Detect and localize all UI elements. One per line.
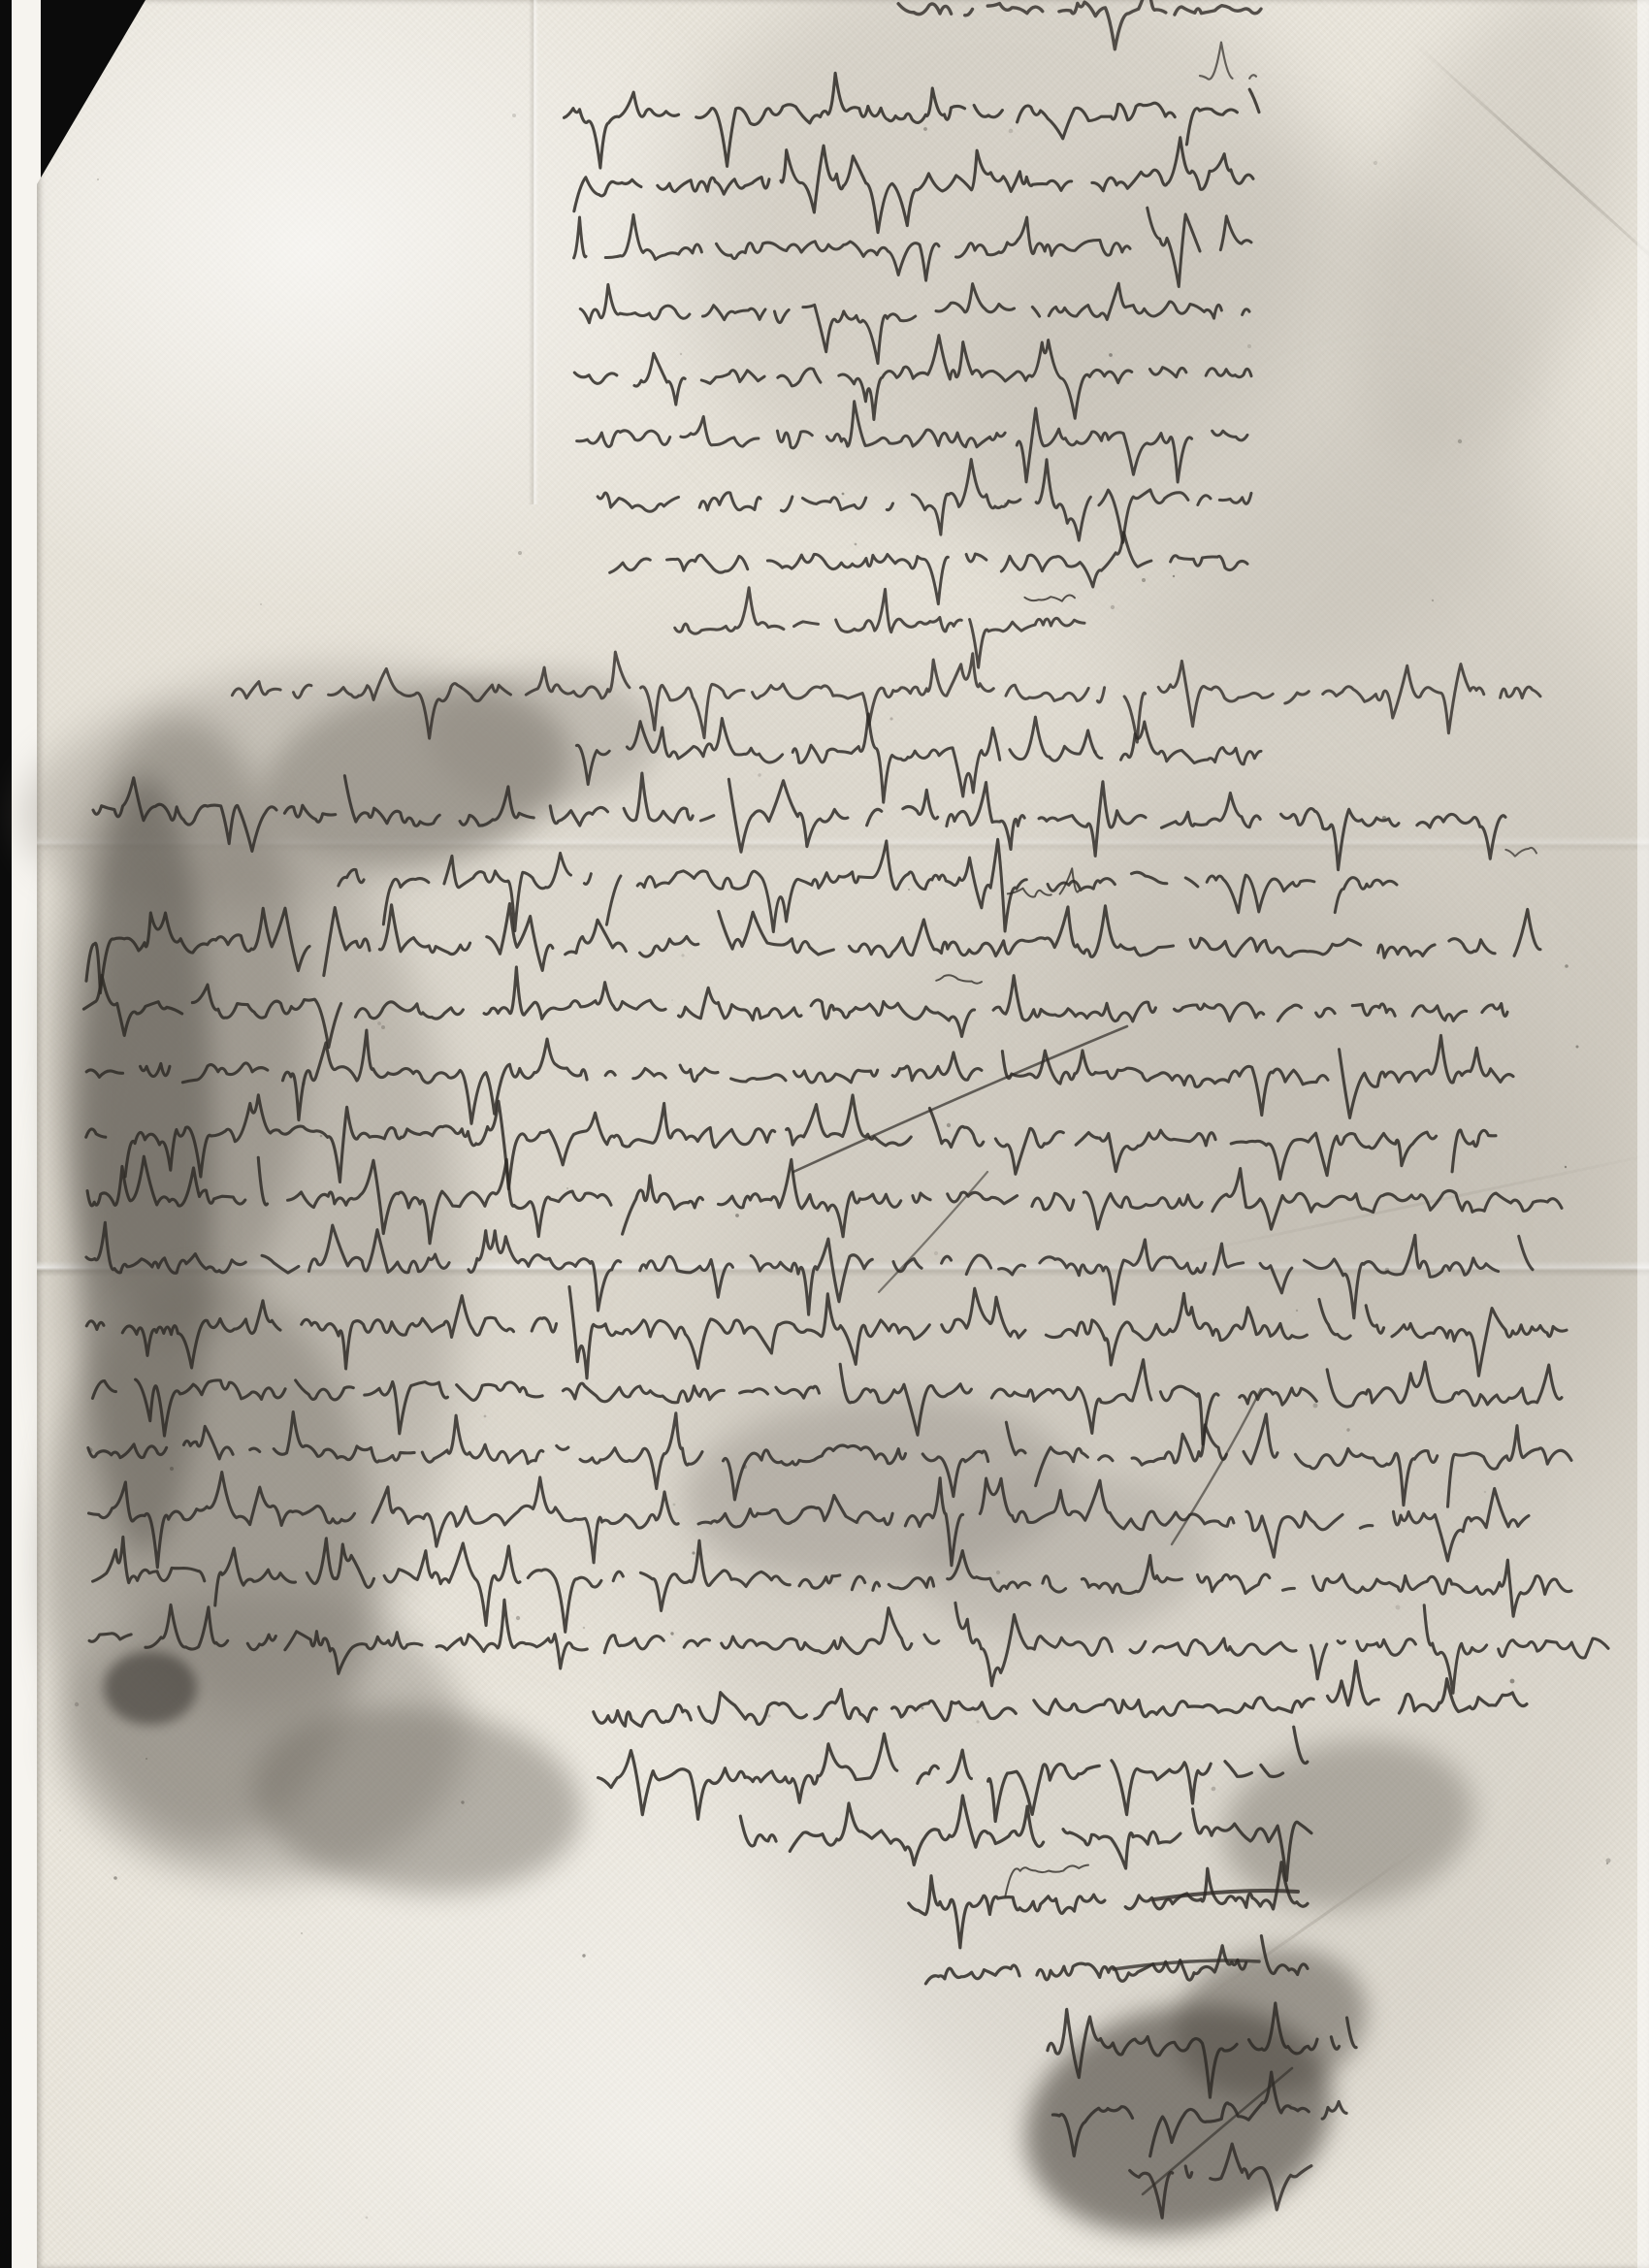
paper-speckle: [1290, 2103, 1292, 2105]
paper-speckle: [170, 1467, 174, 1471]
paper-speckle: [113, 1876, 117, 1880]
paper-speckle: [1484, 1491, 1486, 1493]
scanned-document: [0, 0, 1649, 2268]
paper-speckle: [976, 1720, 979, 1723]
paper-speckle: [735, 1214, 739, 1217]
paper-speckle: [97, 178, 99, 180]
paper-speckle: [1458, 439, 1462, 443]
paper-speckle: [673, 1504, 676, 1507]
paper-speckle: [377, 1021, 381, 1025]
paper-speckle: [1565, 1166, 1567, 1168]
paper-speckle: [59, 1830, 61, 1831]
paper-speckle: [1606, 1859, 1611, 1863]
paper-speckle: [260, 603, 262, 605]
handwriting-layer: [0, 0, 1649, 2268]
paper-speckle: [934, 1251, 938, 1255]
paper-speckle: [1111, 605, 1115, 609]
paper-speckle: [670, 1632, 673, 1635]
paper-speckle: [1510, 1679, 1515, 1684]
paper-speckle: [681, 954, 684, 956]
paper-speckle: [1247, 344, 1251, 348]
paper-speckle: [366, 2217, 369, 2219]
paper-speckle: [996, 1571, 1000, 1574]
paper-speckle: [1296, 1310, 1298, 1312]
paper-speckle: [1576, 1046, 1579, 1049]
paper-speckle: [1313, 1404, 1318, 1409]
paper-speckle: [320, 1135, 323, 1138]
paper-speckle: [518, 551, 522, 555]
paper-speckle: [461, 1800, 464, 1803]
paper-speckle: [767, 1714, 770, 1717]
paper-speckle: [75, 1702, 79, 1706]
paper-speckle: [301, 1932, 303, 1934]
page-right-edge-highlight: [1637, 0, 1649, 2268]
paper-speckle: [1432, 599, 1434, 601]
paper-speckle: [1346, 1428, 1349, 1431]
paper-speckle: [921, 1707, 924, 1710]
paper-speckle: [947, 1123, 951, 1127]
paper-speckle: [842, 493, 845, 496]
paper-speckle: [671, 999, 673, 1001]
paper-speckle: [1374, 161, 1377, 165]
paper-speckle: [566, 1187, 568, 1189]
paper-speckle: [908, 889, 910, 891]
paper-speckle: [1009, 129, 1014, 134]
paper-speckle: [1212, 1787, 1216, 1792]
paper-speckle: [889, 717, 892, 720]
paper-speckle: [1109, 353, 1113, 357]
paper-speckle: [680, 353, 682, 355]
paper-speckle: [583, 1627, 585, 1629]
toner-stain: [427, 669, 660, 805]
paper-speckle: [1142, 578, 1146, 582]
paper-speckle: [758, 773, 760, 776]
paper-speckle: [516, 1616, 520, 1620]
paper-speckle: [692, 1551, 695, 1554]
toner-stain: [104, 1651, 197, 1725]
paper-speckle: [1396, 1605, 1401, 1610]
paper-speckle: [512, 113, 516, 117]
paper-speckle: [1173, 575, 1175, 577]
paper-speckle: [855, 543, 857, 546]
paper-speckle: [582, 1954, 585, 1957]
paper-speckle: [1565, 964, 1568, 968]
paper-speckle: [923, 127, 927, 131]
paper-speckle: [145, 1758, 147, 1760]
paper-speckle: [381, 1025, 385, 1029]
paper-speckle: [484, 1415, 487, 1418]
